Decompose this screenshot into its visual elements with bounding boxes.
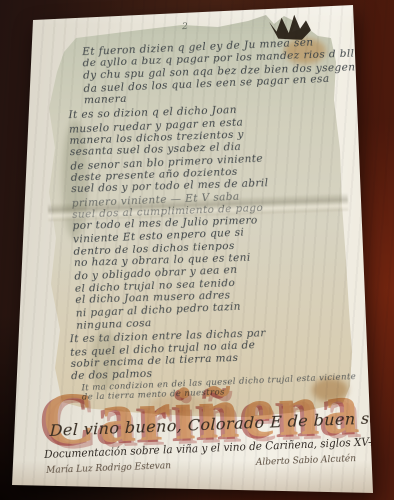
page-number: 2 — [182, 22, 188, 32]
author-right: Alberto Sabio Alcutén — [256, 454, 356, 468]
book-cover: 2 Et fueron dizien q gel ey de Ju mnea s… — [0, 0, 394, 500]
photo-scene: 2 Et fueron dizien q gel ey de Ju mnea s… — [0, 0, 394, 500]
author-left: María Luz Rodrigo Estevan — [46, 461, 171, 476]
book: 2 Et fueron dizien q gel ey de Ju mnea s… — [0, 0, 394, 500]
manuscript-text: Et fueron dizien q gel ey de Ju mnea sen… — [66, 36, 355, 403]
